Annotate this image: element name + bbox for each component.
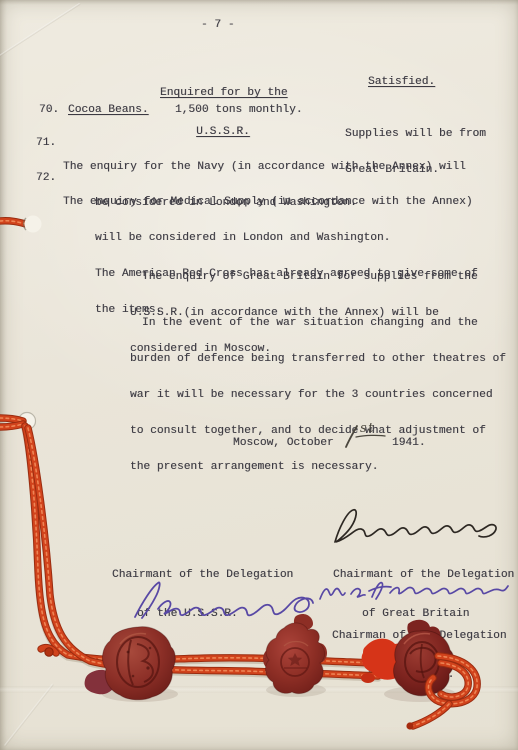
beaverbrook-signature-stroke	[335, 510, 496, 542]
paragraph-war-line2: burden of defence being transferred to o…	[130, 353, 506, 365]
paragraph-war-line4: to consult together, and to decide what …	[130, 425, 506, 437]
signature-title-usa: Chairman of the Delegation of the U.S.A.	[332, 604, 507, 708]
paragraph-war-line1: In the event of the war situation changi…	[142, 317, 506, 329]
signature-title-ussr: Chairmant of the Delegation of the U.S.S…	[112, 543, 293, 647]
paragraph-war-adjustment: In the event of the war situation changi…	[130, 293, 506, 497]
item-70-commodity: Cocoa Beans.	[68, 104, 149, 116]
signature-title-ussr-line1: Chairmant of the Delegation	[112, 569, 293, 582]
column-header-enquired-line1: Enquired for by the	[160, 87, 286, 100]
paper-left-edge-shading	[0, 0, 7, 750]
signature-title-ussr-line2: of the U.S.S.R.	[137, 608, 293, 621]
clause-72-line1: The enquiry for Medical Supply (in accor…	[63, 196, 478, 208]
signature-title-usa-line1: Chairman of the Delegation	[332, 630, 507, 643]
signature-title-usa-line2: of the U.S.A.	[367, 669, 507, 682]
punch-hole-bottom	[19, 413, 36, 430]
paragraph-war-line5: the present arrangement is necessary.	[130, 461, 506, 473]
signature-title-gb-line1: Chairmant of the Delegation	[333, 569, 514, 582]
paper-crease-top-left	[0, 3, 80, 59]
item-70-quantity: 1,500 tons monthly.	[175, 104, 303, 116]
paragraph-gb-line1: The enquiry of Great Britain for supplie…	[142, 271, 478, 283]
clause-72-number: 72.	[36, 172, 56, 184]
seal-left-shadow	[102, 686, 178, 702]
clause-72-line2: will be considered in London and Washing…	[95, 232, 478, 244]
dateline-place-month: Moscow, October	[233, 437, 334, 449]
dateline-year: 1941.	[392, 437, 426, 449]
seal-center-shadow	[266, 683, 326, 697]
clause-71-number: 71.	[36, 137, 56, 149]
paper-crease-bottom-left	[4, 684, 54, 747]
document-page: - 7 - Enquired for by the U.S.S.R. Satis…	[0, 0, 518, 750]
item-70-number: 70.	[39, 104, 59, 116]
page-number: - 7 -	[201, 19, 235, 31]
cord-tail-end	[406, 722, 413, 729]
cord-knot-left	[41, 648, 56, 657]
paper-top-edge-shading	[0, 0, 518, 5]
paragraph-war-line3: war it will be necessary for the 3 count…	[130, 389, 506, 401]
column-header-satisfied: Satisfied.	[368, 76, 435, 88]
